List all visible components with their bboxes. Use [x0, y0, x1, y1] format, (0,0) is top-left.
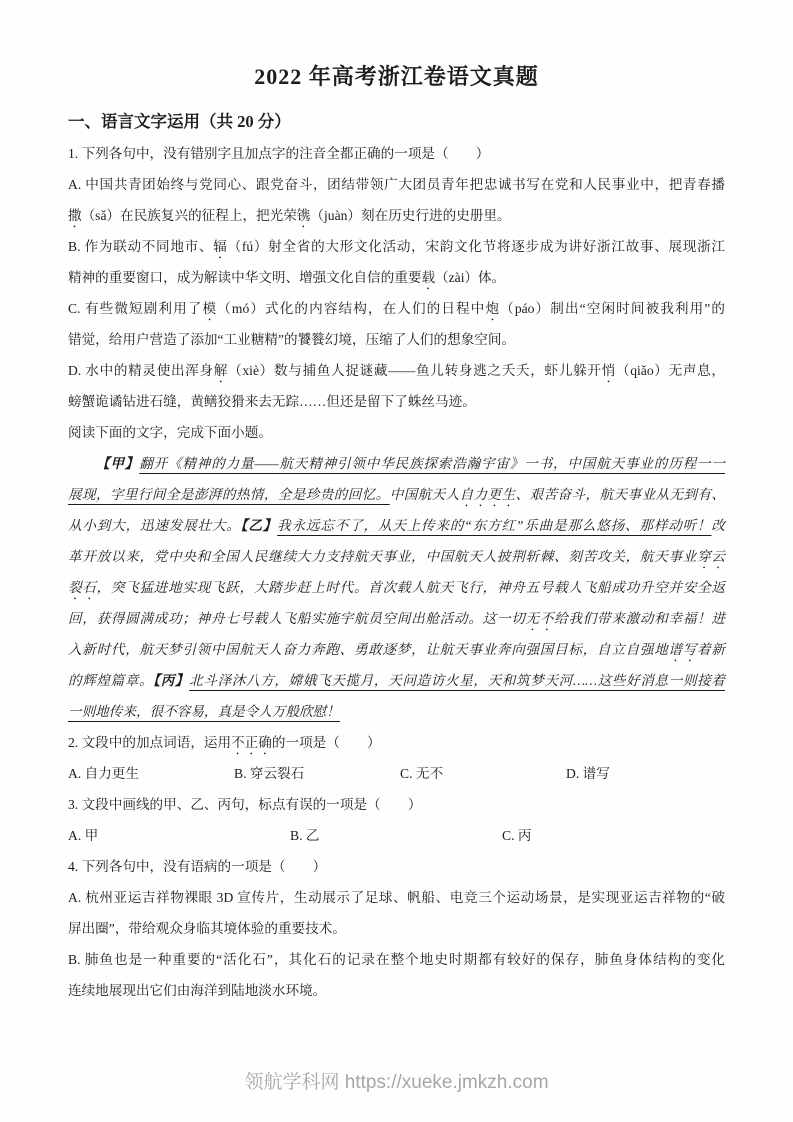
text-segment: 【乙】 [241, 518, 277, 533]
exam-page: 2022 年高考浙江卷语文真题 一、语言文字运用（共 20 分） 1. 下列各句… [0, 0, 793, 1122]
q1-option-c-line1: C. 有些微短剧利用了模（mó）式化的内容结构，在人们的日程中炮（páo）制出“… [68, 293, 725, 324]
text-segment: 3. 文段中画线的甲、乙、丙句，标点有误的一项是（ ） [68, 797, 421, 812]
text-segment: 裂石 [68, 580, 97, 595]
text-segment: 连续地展现出它们由海洋到陆地淡水环境。 [68, 983, 326, 998]
text-segment: 4. 下列各句中，没有语病的一项是（ ） [68, 859, 326, 874]
page-title: 2022 年高考浙江卷语文真题 [68, 62, 725, 92]
text-segment: 撒 [68, 208, 82, 223]
q2-stem: 2. 文段中的加点词语，运用不正确的一项是（ ） [68, 727, 725, 758]
text-segment: 载 [421, 270, 435, 285]
text-segment: 解 [214, 363, 228, 378]
option-label: A. 自力更生 [68, 758, 234, 789]
text-segment: 2. 文段中的加点词语，运用 [68, 735, 231, 750]
q1-stem: 1. 下列各句中，没有错别字且加点字的注音全都正确的一项是（ ） [68, 138, 725, 169]
passage-line-3: 从小到大，迅速发展壮大。【乙】我永远忘不了，从天上传来的“东方红”乐曲是那么悠扬… [68, 510, 725, 541]
passage-line-7: 入新时代，航天梦引领中国航天人奋力奔跑、勇敢逐梦，让航天事业奔向强国目标，自立自… [68, 634, 725, 665]
text-segment: （páo）制出“空闲时间被我利用”的 [500, 301, 725, 316]
text-segment: 我永远忘不了，从天上传来的“东方红”乐曲是那么悠扬、那样动听！ [277, 518, 711, 533]
text-segment: 翻开《精神的力量——航天精神引领中华民族探索浩瀚宇宙》一书，中国航天事业的历程一… [139, 456, 725, 471]
q4-stem: 4. 下列各句中，没有语病的一项是（ ） [68, 851, 725, 882]
q2-options: A. 自力更生B. 穿云裂石C. 无不D. 谱写 [68, 758, 725, 789]
text-segment: B. 肺鱼也是一种重要的“活化石”，其化石的记录在整个地史时期都有较好的保存，肺… [68, 952, 725, 967]
text-segment: 模 [203, 301, 218, 316]
passage-line-5: 裂石，突飞猛进地实现飞跃，大踏步赶上时代。首次载人航天飞行，神舟五号载人飞船成功… [68, 572, 725, 603]
q1-option-a-line2: 撒（sǎ）在民族复兴的征程上，把光荣镌（juàn）刻在历史行进的史册里。 [68, 200, 725, 231]
text-segment: 改 [711, 518, 725, 533]
text-segment: （qiǎo）无声息， [616, 363, 725, 378]
q1-option-c-line2: 错觉，给用户营造了添加“工业糖精”的饕餮幻境，压缩了人们的想象空间。 [68, 324, 725, 355]
q1-option-b-line1: B. 作为联动不同地市、辐（fú）射全省的大形文化活动，宋韵文化节将逐步成为讲好… [68, 231, 725, 262]
option-label: A. 甲 [68, 820, 290, 851]
text-segment: （juàn）刻在历史行进的史册里。 [310, 208, 510, 223]
text-segment: 穿云 [697, 549, 725, 564]
option-label: D. 谱写 [566, 758, 610, 789]
text-segment: 北斗泽沐八方，嫦娥飞天揽月，天问造访火星，天和筑梦天河……这些好消息一则接着 [189, 673, 725, 688]
text-segment: （xiè）数与捕鱼人捉谜藏——鱼儿转身逃之夭夭，虾儿躲开 [228, 363, 602, 378]
q1-option-a-line1: A. 中国共青团始终与党同心、跟党奋斗，团结带领广大团员青年把忠诚书写在党和人民… [68, 169, 725, 200]
text-segment: 回，获得圆满成功；神舟七号载人飞船实施宇航员空间出舱活动。这一切 [68, 611, 526, 626]
q4-option-a-line1: A. 杭州亚运吉祥物裸眼 3D 宣传片，生动展示了足球、帆船、电竞三个运动场景，… [68, 882, 725, 913]
passage-line-9: 一则地传来，很不容易，真是令人万般欣慰！ [68, 696, 725, 727]
text-segment: 阅读下面的文字，完成下面小题。 [68, 425, 272, 440]
option-label: C. 无不 [400, 758, 566, 789]
text-segment: 1. 下列各句中，没有错别字且加点字的注音全都正确的一项是（ ） [68, 146, 489, 161]
q1-option-d-line1: D. 水中的精灵使出浑身解（xiè）数与捕鱼人捉谜藏——鱼儿转身逃之夭夭，虾儿躲… [68, 355, 725, 386]
text-segment: （sǎ）在民族复兴的征程上，把光荣 [82, 208, 297, 223]
option-label: B. 乙 [290, 820, 502, 851]
text-segment: 屏出圈”，带给观众身临其境体验的重要技术。 [68, 921, 346, 936]
text-segment: 谱写 [669, 642, 698, 657]
text-segment: 无不 [526, 611, 555, 626]
text-segment: ，突飞猛进地实现飞跃，大踏步赶上时代。首次载人航天飞行，神舟五号载人飞船成功升空… [97, 580, 725, 595]
text-segment: 中国航天人 [390, 487, 460, 502]
passage-line-4: 革开放以来，党中央和全国人民继续大力支持航天事业，中国航天人披荆斩棘、刻苦攻关，… [68, 541, 725, 572]
text-segment: 着新 [697, 642, 725, 657]
text-segment: 悄 [602, 363, 616, 378]
text-segment: B. 作为联动不同地市、 [68, 239, 213, 254]
reading-instruction: 阅读下面的文字，完成下面小题。 [68, 417, 725, 448]
text-segment: C. 有些微短剧利用了 [68, 301, 203, 316]
text-segment: （mó）式化的内容结构，在人们的日程中 [217, 301, 485, 316]
text-segment: 【丙】 [153, 673, 189, 688]
text-segment: 给我们带来激动和幸福！进 [554, 611, 725, 626]
text-segment: 不正确 [231, 735, 272, 750]
text-segment: 精神的重要窗口，成为解读中华文明、增强文化自信的重要 [68, 270, 421, 285]
exam-content: 2022 年高考浙江卷语文真题 一、语言文字运用（共 20 分） 1. 下列各句… [68, 62, 725, 1006]
text-segment: 一则地传来，很不容易，真是令人万般欣慰！ [68, 704, 340, 719]
q1-option-d-line2: 螃蟹诡谲钻进石缝，黄鳝狡猾来去无踪……但还是留下了蛛丝马迹。 [68, 386, 725, 417]
q4-option-a-line2: 屏出圈”，带给观众身临其境体验的重要技术。 [68, 913, 725, 944]
q4-option-b-line1: B. 肺鱼也是一种重要的“活化石”，其化石的记录在整个地史时期都有较好的保存，肺… [68, 944, 725, 975]
text-segment: 错觉，给用户营造了添加“工业糖精”的饕餮幻境，压缩了人们的想象空间。 [68, 332, 515, 347]
text-segment: D. 水中的精灵使出浑身 [68, 363, 214, 378]
section-heading: 一、语言文字运用（共 20 分） [68, 108, 725, 136]
text-segment: （fú）射全省的大形文化活动，宋韵文化节将逐步成为讲好浙江故事、展现浙江 [228, 239, 725, 254]
text-segment: （zài）体。 [435, 270, 505, 285]
watermark-text: 领航学科网 https://xueke.jmkzh.com [0, 1067, 793, 1094]
text-segment: A. 中国共青团始终与党同心、跟党奋斗，团结带领广大团员青年把忠诚书写在党和人民… [68, 177, 725, 192]
text-segment: A. 杭州亚运吉祥物裸眼 3D 宣传片，生动展示了足球、帆船、电竞三个运动场景，… [68, 890, 725, 905]
text-segment: 镌 [297, 208, 311, 223]
passage-line-1: 【甲】翻开《精神的力量——航天精神引领中华民族探索浩瀚宇宙》一书，中国航天事业的… [68, 448, 725, 479]
text-segment: 辐 [213, 239, 227, 254]
text-segment: 的辉煌篇章。 [68, 673, 153, 688]
option-label: B. 穿云裂石 [234, 758, 400, 789]
text-segment: 炮 [485, 301, 500, 316]
passage-line-8: 的辉煌篇章。【丙】北斗泽沐八方，嫦娥飞天揽月，天问造访火星，天和筑梦天河……这些… [68, 665, 725, 696]
text-segment: 自力更生 [460, 487, 516, 502]
q3-options: A. 甲B. 乙C. 丙 [68, 820, 725, 851]
q3-stem: 3. 文段中画线的甲、乙、丙句，标点有误的一项是（ ） [68, 789, 725, 820]
passage-line-2: 展现，字里行间全是澎湃的热情，全是珍贵的回忆。中国航天人自力更生、艰苦奋斗，航天… [68, 479, 725, 510]
text-segment: 革开放以来，党中央和全国人民继续大力支持航天事业，中国航天人披荆斩棘、刻苦攻关，… [68, 549, 697, 564]
text-segment: 螃蟹诡谲钻进石缝，黄鳝狡猾来去无踪……但还是留下了蛛丝马迹。 [68, 394, 476, 409]
text-segment: 展现，字里行间全是澎湃的热情，全是珍贵的回忆。 [68, 487, 390, 502]
text-segment: 从小到大，迅速发展壮大。 [68, 518, 241, 533]
passage-line-6: 回，获得圆满成功；神舟七号载人飞船实施宇航员空间出舱活动。这一切无不给我们带来激… [68, 603, 725, 634]
option-label: C. 丙 [502, 820, 531, 851]
q4-option-b-line2: 连续地展现出它们由海洋到陆地淡水环境。 [68, 975, 725, 1006]
q1-option-b-line2: 精神的重要窗口，成为解读中华文明、增强文化自信的重要载（zài）体。 [68, 262, 725, 293]
text-segment: 的一项是（ ） [272, 735, 381, 750]
text-segment: 入新时代，航天梦引领中国航天人奋力奔跑、勇敢逐梦，让航天事业奔向强国目标，自立自… [68, 642, 669, 657]
text-segment: 【甲】 [96, 456, 139, 471]
text-segment: 、艰苦奋斗，航天事业从无到有、 [516, 487, 725, 502]
exam-body-lines: 1. 下列各句中，没有错别字且加点字的注音全都正确的一项是（ ）A. 中国共青团… [68, 138, 725, 1006]
